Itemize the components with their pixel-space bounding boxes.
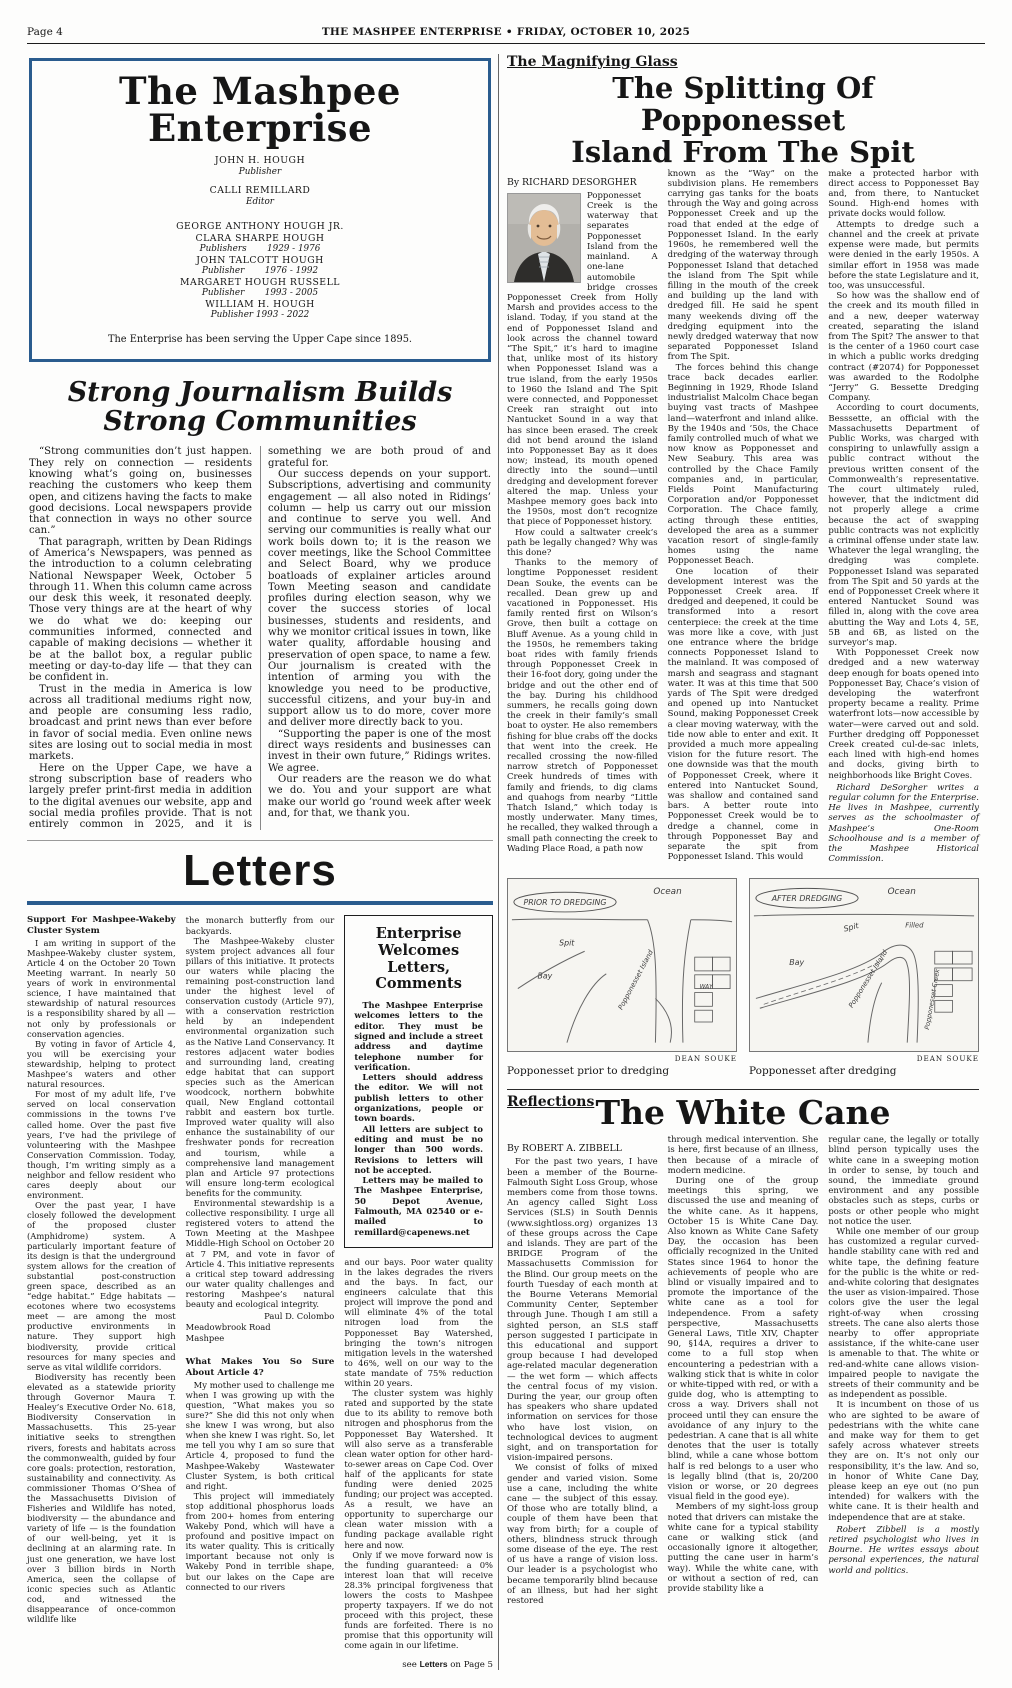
paragraph: Thanks to the memory of longtime Poppone…	[507, 558, 658, 854]
paragraph: How could a saltwater creek’s path be le…	[507, 528, 658, 559]
mg-title-line1: The Splitting Of Popponesset	[507, 73, 979, 137]
mg-title-line2: Island From The Spit	[507, 137, 979, 169]
map-sketch-prior-to-dredging: PRIOR TO DREDGING Ocean Spit Bay Poppone…	[508, 879, 736, 1051]
paragraph: For the past two years, I have been a me…	[507, 1157, 658, 1463]
historic-name: GEORGE ANTHONY HOUGH JR.	[40, 221, 480, 232]
map-caption: Popponesset prior to dredging	[507, 1065, 737, 1077]
bay-label: Bay	[537, 972, 552, 981]
page-number: Page 4	[27, 26, 322, 38]
mg-lead-block: Popponesset Creek is the waterway that s…	[507, 191, 658, 528]
editorial-title-line2: Strong Communities	[29, 407, 491, 436]
wc-byline: By ROBERT A. ZIBBELL	[507, 1144, 658, 1154]
page-header: Page 4 THE MASHPEE ENTERPRISE • FRIDAY, …	[27, 26, 985, 44]
paragraph: known as the “Way” on the subdivision pl…	[668, 169, 819, 363]
letter-signature-town: Mashpee	[186, 1333, 335, 1343]
letters-column-3: Enterprise Welcomes Letters, Comments Th…	[344, 915, 493, 1669]
letters-accent-rule	[27, 901, 493, 905]
historic-name: MARGARET HOUGH RUSSELL	[40, 277, 480, 288]
maps-row: PRIOR TO DREDGING Ocean Spit Bay Poppone…	[507, 878, 979, 1077]
paragraph: Trust in the media in America is low acr…	[29, 684, 252, 763]
letters-column-1: Support For Mashpee-Wakeby Cluster Syste…	[27, 915, 176, 1669]
jump-line: see Letters on Page 5	[344, 1659, 493, 1670]
vertical-divider	[498, 54, 499, 1670]
letter-paragraphs: the monarch butterfly from our backyards…	[186, 915, 335, 1309]
mg-column-1: By RICHARD DESORGHER	[507, 169, 658, 865]
author-portrait-illustration	[508, 194, 580, 282]
paragraph: By voting in favor of Article 4, you wil…	[27, 1039, 176, 1089]
map-figure-after: AFTER DREDGING Ocean Spit Filled Bay Pop…	[749, 878, 979, 1077]
paragraph: and our bays. Poor water quality in the …	[344, 1257, 493, 1388]
wc-column-2: through medical intervention. She is her…	[668, 1135, 819, 1606]
jump-word: Letters	[420, 1659, 448, 1669]
paragraph: The cluster system was highly rated and …	[344, 1388, 493, 1550]
jump-suffix: on Page 5	[448, 1660, 493, 1670]
letter-signature-name: Paul D. Colombo	[186, 1311, 335, 1321]
wc-author-bio: Robert Zibbell is a mostly retired psych…	[828, 1525, 979, 1576]
paragraph: According to court documents, Besssette,…	[828, 403, 979, 648]
historic-name: JOHN TALCOTT HOUGH	[40, 255, 480, 266]
map-figure-prior: PRIOR TO DREDGING Ocean Spit Bay Poppone…	[507, 878, 737, 1077]
letter-heading: Support For Mashpee-Wakeby Cluster Syste…	[27, 915, 176, 935]
editorial-article: Strong Journalism Builds Strong Communit…	[27, 378, 493, 830]
paragraph: Richard DeSorgher writes a regular colum…	[828, 783, 979, 865]
paragraph: With Popponesset Creek now dredged and a…	[828, 648, 979, 781]
map-image-prior: PRIOR TO DREDGING Ocean Spit Bay Poppone…	[507, 878, 737, 1052]
ocean-label: Ocean	[653, 888, 681, 898]
letter-paragraphs: My mother used to challenge me when I wa…	[186, 1380, 335, 1592]
letters-policy-paragraphs: The Mashpee Enterprise welcomes letters …	[354, 1000, 483, 1237]
letters-columns: Support For Mashpee-Wakeby Cluster Syste…	[27, 915, 493, 1669]
map-title-label: AFTER DREDGING	[771, 895, 843, 904]
mg-column-3: make a protected harbor with direct acce…	[828, 169, 979, 865]
paragraph: Only if we move forward now is the fundi…	[344, 1550, 493, 1651]
letter-heading: What Makes You So Sure About Article 4?	[186, 1357, 335, 1377]
wc-paragraphs: regular cane, the legally or totally bli…	[828, 1135, 979, 1523]
paragraph: Members of my sight-loss group noted tha…	[668, 1502, 819, 1594]
letter-paragraphs: and our bays. Poor water quality in the …	[344, 1257, 493, 1651]
mg-paragraphs: make a protected harbor with direct acce…	[828, 169, 979, 781]
white-cane-columns: By ROBERT A. ZIBBELL For the past two ye…	[507, 1135, 979, 1606]
paragraph: make a protected harbor with direct acce…	[828, 169, 979, 220]
mg-column-2: known as the “Way” on the subdivision pl…	[668, 169, 819, 865]
section-divider	[27, 840, 493, 841]
island-label: Popponesset Island	[847, 949, 889, 1010]
historic-role: Publisher 1993 - 2005	[40, 288, 480, 298]
paragraph: “Supporting the paper is one of the most…	[268, 729, 491, 774]
page-body: The Mashpee Enterprise JOHN H. HOUGH Pub…	[27, 50, 985, 1670]
paragraph: Environmental stewardship is a collectiv…	[186, 1198, 335, 1309]
spit-label: Spit	[559, 939, 575, 948]
wc-column-1: By ROBERT A. ZIBBELL For the past two ye…	[507, 1135, 658, 1606]
paragraph: the monarch butterfly from our backyards…	[186, 915, 335, 935]
author-photo	[507, 193, 581, 283]
ocean-label: Ocean	[888, 888, 916, 898]
editor-role: Editor	[40, 197, 480, 207]
paragraph: I am writing in support of the Mashpee-W…	[27, 938, 176, 1039]
editor-name: CALLI REMILLARD	[40, 185, 480, 196]
section-divider	[507, 1089, 979, 1090]
editorial-body: “Strong communities don’t just happen. T…	[29, 446, 491, 830]
historic-role: Publisher 1993 - 2022	[40, 310, 480, 320]
paragraph: Letters should address the editor. We wi…	[354, 1072, 483, 1123]
historic-staff: GEORGE ANTHONY HOUGH JR. CLARA SHARPE HO…	[40, 221, 480, 320]
newspaper-page: Page 4 THE MASHPEE ENTERPRISE • FRIDAY, …	[0, 0, 1012, 1688]
spit-label: Spit	[843, 921, 861, 934]
photo-credit: DEAN SOUKE	[749, 1054, 979, 1063]
letters-policy-title: Enterprise Welcomes Letters, Comments	[354, 926, 483, 993]
second-letter: What Makes You So Sure About Article 4? …	[186, 1357, 335, 1591]
historic-role: Publishers 1929 - 1976	[40, 244, 480, 254]
wc-column-3: regular cane, the legally or totally bli…	[828, 1135, 979, 1606]
mg-paragraphs: known as the “Way” on the subdivision pl…	[668, 169, 819, 863]
magnifying-glass-kicker: The Magnifying Glass	[507, 54, 979, 70]
letter-paragraphs: I am writing in support of the Mashpee-W…	[27, 938, 176, 1624]
wc-paragraphs: For the past two years, I have been a me…	[507, 1157, 658, 1606]
paragraph: “Strong communities don’t just happen. T…	[29, 446, 252, 536]
paragraph: Over the past year, I have closely follo…	[27, 1200, 176, 1372]
paragraph: The Mashpee Enterprise welcomes letters …	[354, 1000, 483, 1072]
island-label: Popponesset Island	[617, 949, 656, 1012]
jump-prefix: see	[402, 1660, 419, 1670]
paragraph: The forces behind this change trace back…	[668, 363, 819, 567]
paragraph: All letters are subject to editing and m…	[354, 1124, 483, 1175]
letters-headline: Letters	[27, 849, 493, 893]
letters-policy-title-line1: Enterprise Welcomes	[354, 926, 483, 959]
publisher-name: JOHN H. HOUGH	[40, 155, 480, 166]
filled-label: Filled	[905, 922, 924, 930]
paragraph: This project will immediately stop addit…	[186, 1491, 335, 1592]
paragraph: My mother used to challenge me when I wa…	[186, 1380, 335, 1491]
wc-paragraphs: through medical intervention. She is her…	[668, 1135, 819, 1594]
paragraph: regular cane, the legally or totally bli…	[828, 1135, 979, 1227]
masthead-box: The Mashpee Enterprise JOHN H. HOUGH Pub…	[29, 58, 491, 362]
historic-name: CLARA SHARPE HOUGH	[40, 233, 480, 244]
photo-credit: DEAN SOUKE	[507, 1054, 737, 1063]
paragraph: While one member of our group has custom…	[828, 1227, 979, 1400]
map-image-after: AFTER DREDGING Ocean Spit Filled Bay Pop…	[749, 878, 979, 1052]
lot-grid	[935, 952, 972, 1013]
masthead-tagline: The Enterprise has been serving the Uppe…	[40, 334, 480, 345]
paragraph: The Mashpee-Wakeby cluster system projec…	[186, 936, 335, 1198]
letters-policy-box: Enterprise Welcomes Letters, Comments Th…	[344, 915, 493, 1248]
mg-byline: By RICHARD DESORGHER	[507, 178, 658, 188]
right-half: The Magnifying Glass The Splitting Of Po…	[503, 50, 979, 1670]
paragraph: We consist of folks of mixed gender and …	[507, 1463, 658, 1606]
letters-column-2: the monarch butterfly from our backyards…	[186, 915, 335, 1669]
mg-author-bio: Richard DeSorgher writes a regular colum…	[828, 783, 979, 865]
map-caption: Popponesset after dredging	[749, 1065, 979, 1077]
publisher-role: Publisher	[40, 167, 480, 177]
paragraph: Attempts to dredge such a channel and th…	[828, 220, 979, 291]
paragraph: Robert Zibbell is a mostly retired psych…	[828, 1525, 979, 1576]
left-half: The Mashpee Enterprise JOHN H. HOUGH Pub…	[27, 50, 493, 1670]
editorial-title-line1: Strong Journalism Builds	[29, 378, 491, 407]
paragraph: It is incumbent on those of us who are s…	[828, 1400, 979, 1522]
paragraph: For most of my adult life, I’ve served o…	[27, 1089, 176, 1200]
paragraph: So how was the shallow end of the creek …	[828, 291, 979, 403]
editorial-title: Strong Journalism Builds Strong Communit…	[29, 378, 491, 436]
magnifying-glass-columns: By RICHARD DESORGHER	[507, 169, 979, 865]
publication-date-line: THE MASHPEE ENTERPRISE • FRIDAY, OCTOBER…	[322, 26, 690, 38]
bay-label: Bay	[789, 958, 804, 967]
map-title-label: PRIOR TO DREDGING	[523, 899, 606, 908]
masthead-title: The Mashpee Enterprise	[40, 73, 480, 147]
paragraph: One location of their development intere…	[668, 567, 819, 863]
paragraph: Biodiversity has recently been elevated …	[27, 1372, 176, 1624]
historic-name: WILLIAM H. HOUGH	[40, 299, 480, 310]
creek-label: Popponesset Creek	[923, 969, 942, 1031]
historic-role: Publisher 1976 - 1992	[40, 266, 480, 276]
way-label: WAY	[700, 985, 714, 991]
map-sketch-after-dredging: AFTER DREDGING Ocean Spit Filled Bay Pop…	[750, 879, 978, 1051]
mg-paragraphs: How could a saltwater creek’s path be le…	[507, 528, 658, 855]
paragraph: That paragraph, written by Dean Ridings …	[29, 537, 252, 684]
letters-policy-title-line2: Letters, Comments	[354, 960, 483, 993]
paragraph: Our readers are the reason we do what we…	[268, 774, 491, 819]
paragraph: through medical intervention. She is her…	[668, 1135, 819, 1176]
paragraph: Our success depends on your support. Sub…	[268, 469, 491, 729]
magnifying-glass-title: The Splitting Of Popponesset Island From…	[507, 73, 979, 169]
paragraph: During one of the group meetings this sp…	[668, 1176, 819, 1503]
paragraph: Letters may be mailed to The Mashpee Ent…	[354, 1175, 483, 1237]
letter-signature-street: Meadowbrook Road	[186, 1322, 335, 1332]
